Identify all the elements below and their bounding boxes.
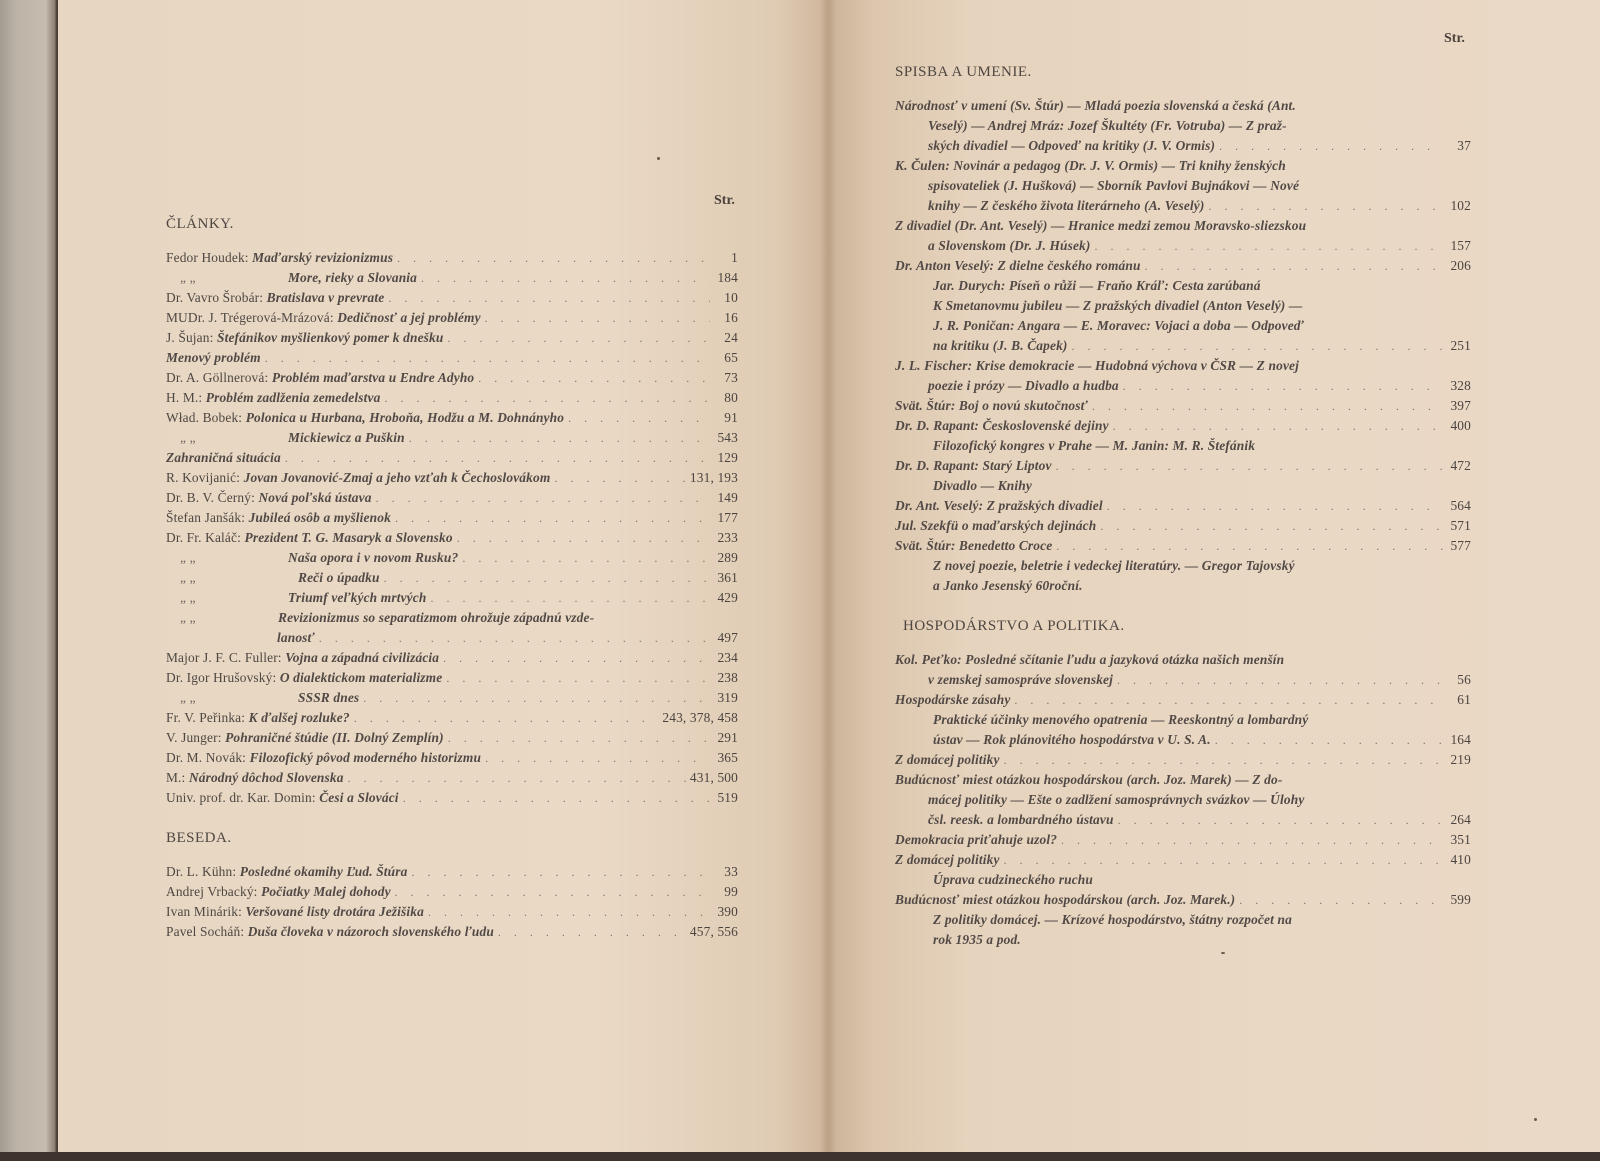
toc-line: „ „SSSR dnes319 xyxy=(166,688,738,708)
page-number: 390 xyxy=(714,902,738,922)
entry-author: Dr. Igor Hrušovský: xyxy=(166,670,276,685)
entry-author: Major J. F. C. Fuller: xyxy=(166,650,282,665)
toc-entry: Praktické účinky menového opatrenia — Re… xyxy=(895,710,1471,750)
entry-text: Dr. B. V. Černý: Nová poľská ústava xyxy=(166,488,372,508)
entry-text: „ „Naša opora i v novom Rusku? xyxy=(166,548,458,568)
entry-text: „ „More, rieky a Slovania xyxy=(166,268,417,288)
entry-title: Naša opora i v novom Rusku? xyxy=(288,550,458,565)
entry-title: Duša človeka v názoroch slovenského ľudu xyxy=(248,924,494,939)
entry-text: R. Kovijanić: Jovan Jovanović-Zmaj a jeh… xyxy=(166,468,550,488)
entry-title: Problém maďarstva u Endre Adyho xyxy=(272,370,474,385)
entry-text: knihy — Z českého života literárneho (A.… xyxy=(928,196,1204,216)
toc-entry: Fr. V. Peřinka: K ďalšej rozluke?243, 37… xyxy=(166,708,738,728)
toc-entry: Pavel Socháň: Duša človeka v názoroch sl… xyxy=(166,922,738,942)
toc-line: „ „Triumf veľkých mrtvých429 xyxy=(166,588,738,608)
toc-entry: Dr. A. Göllnerová: Problém maďarstva u E… xyxy=(166,368,738,388)
entry-text: Univ. prof. dr. Kar. Domin: Česi a Slová… xyxy=(166,788,399,808)
entry-text: a Janko Jesenský 60roční. xyxy=(933,576,1083,596)
entry-text: MUDr. J. Trégerová-Mrázová: Dedičnosť a … xyxy=(166,308,481,328)
page-number: 16 xyxy=(714,308,738,328)
entry-author: Dr. B. V. Černý: xyxy=(166,490,255,505)
toc-line: Filozofický kongres v Prahe — M. Janin: … xyxy=(895,436,1471,456)
ditto-mark: „ „ xyxy=(180,548,225,568)
toc-line: M.: Národný dôchod Slovenska431, 500 xyxy=(166,768,738,788)
toc-entry: Z novej poezie, beletrie i vedeckej lite… xyxy=(895,556,1471,596)
page-number: 1 xyxy=(714,248,738,268)
toc-line: Demokracia priťahuje uzol?351 xyxy=(895,830,1471,850)
entry-text: „ „SSSR dnes xyxy=(166,688,359,708)
entry-text: K. Čulen: Novinár a pedagog (Dr. J. V. O… xyxy=(895,156,1286,176)
page-number: 238 xyxy=(714,668,738,688)
toc-entry: Svät. Štúr: Benedetto Croce577 xyxy=(895,536,1471,556)
toc-line: Jar. Durych: Píseň o růži — Fraňo Kráľ: … xyxy=(895,276,1471,296)
toc-entry: Úprava cudzineckého ruchu xyxy=(895,870,1471,890)
dot-leader xyxy=(1061,830,1443,850)
toc-line: Svät. Štúr: Boj o novú skutočnosť397 xyxy=(895,396,1471,416)
toc-entry: „ „Naša opora i v novom Rusku?289 xyxy=(166,548,738,568)
toc-entry: Štefan Janšák: Jubileá osôb a myšlienok1… xyxy=(166,508,738,528)
dot-leader xyxy=(1208,196,1443,216)
entry-author: MUDr. J. Trégerová-Mrázová: xyxy=(166,310,334,325)
entry-text: ských divadiel — Odpoveď na kritiky (J. … xyxy=(928,136,1215,156)
toc-line: Dr. L. Kühn: Posledné okamihy Ľud. Štúra… xyxy=(166,862,738,882)
entry-title: Jovan Jovanović-Zmaj a jeho vzťah k Čech… xyxy=(244,470,551,485)
dot-leader xyxy=(319,628,710,648)
page-number: 157 xyxy=(1447,236,1471,256)
entry-title: Česi a Slováci xyxy=(319,790,398,805)
toc-line: Ivan Minárik: Veršované listy drotára Je… xyxy=(166,902,738,922)
dot-leader xyxy=(388,288,710,308)
toc-line: K. Čulen: Novinár a pedagog (Dr. J. V. O… xyxy=(895,156,1471,176)
dot-leader xyxy=(1014,690,1443,710)
section-title: HOSPODÁRSTVO A POLITIKA. xyxy=(903,616,1471,636)
paper-speck xyxy=(1221,952,1225,954)
dot-leader xyxy=(363,688,710,708)
dot-leader xyxy=(428,902,710,922)
entry-text: Svät. Štúr: Boj o novú skutočnosť xyxy=(895,396,1088,416)
dot-leader xyxy=(1100,516,1443,536)
dot-leader xyxy=(568,408,710,428)
page-number: 99 xyxy=(714,882,738,902)
dot-leader xyxy=(397,248,710,268)
page-number: 131, 193 xyxy=(690,468,738,488)
entry-text: Dr. Vavro Šrobár: Bratislava v prevrate xyxy=(166,288,384,308)
dot-leader xyxy=(1095,236,1443,256)
toc-line: Zahraničná situácia129 xyxy=(166,448,738,468)
page-number: 472 xyxy=(1447,456,1471,476)
page-number: 219 xyxy=(1447,750,1471,770)
entry-text: H. M.: Problém zadlženia zemedelstva xyxy=(166,388,380,408)
toc-line: Z domácej politiky410 xyxy=(895,850,1471,870)
entry-text: J. Šujan: Štefánikov myšlienkový pomer k… xyxy=(166,328,443,348)
page-number: 361 xyxy=(714,568,738,588)
toc-line: v zemskej samospráve slovenskej56 xyxy=(895,670,1471,690)
entry-text: Dr. Fr. Kaláč: Prezident T. G. Masaryk a… xyxy=(166,528,453,548)
page-number: 410 xyxy=(1447,850,1471,870)
entry-title: Problém zadlženia zemedelstva xyxy=(206,390,381,405)
dot-leader xyxy=(1145,256,1443,276)
entry-text: Národnosť v umení (Sv. Štúr) — Mladá poe… xyxy=(895,96,1296,116)
toc-entry: Dr. Igor Hrušovský: O dialektickom mater… xyxy=(166,668,738,688)
ditto-mark: „ „ xyxy=(180,428,225,448)
toc-line: lanosť497 xyxy=(166,628,738,648)
toc-entry: Ivan Minárik: Veršované listy drotára Je… xyxy=(166,902,738,922)
page-number: 291 xyxy=(714,728,738,748)
entry-text: „ „Reči o úpadku xyxy=(166,568,380,588)
toc-line: MUDr. J. Trégerová-Mrázová: Dedičnosť a … xyxy=(166,308,738,328)
toc-line: Dr. Anton Veselý: Z dielne českého román… xyxy=(895,256,1471,276)
page-number: 164 xyxy=(1447,730,1471,750)
toc-line: V. Junger: Pohraničné štúdie (II. Dolný … xyxy=(166,728,738,748)
toc-line: Dr. Igor Hrušovský: O dialektickom mater… xyxy=(166,668,738,688)
entry-author: Ivan Minárik: xyxy=(166,904,242,919)
entry-title: Veršované listy drotára Ježišika xyxy=(245,904,424,919)
toc-entry: Dr. D. Rapant: Starý Liptov472 xyxy=(895,456,1471,476)
entry-text: Budúcnosť miest otázkou hospodárskou (ar… xyxy=(895,890,1235,910)
page-number: 429 xyxy=(714,588,738,608)
toc-entry: „ „Triumf veľkých mrtvých429 xyxy=(166,588,738,608)
toc-entry: Budúcnosť miest otázkou hospodárskou (ar… xyxy=(895,770,1471,830)
page-number: 234 xyxy=(714,648,738,668)
entry-text: M.: Národný dôchod Slovenska xyxy=(166,768,344,788)
entry-text: Kol. Peťko: Posledné sčítanie ľudu a jaz… xyxy=(895,650,1284,670)
bottom-edge xyxy=(0,1152,1600,1161)
page-number: 65 xyxy=(714,348,738,368)
entry-title: Vojna a západná civilizácia xyxy=(285,650,439,665)
dot-leader xyxy=(485,308,710,328)
toc-line: Dr. M. Novák: Filozofický pôvod modernéh… xyxy=(166,748,738,768)
dot-leader xyxy=(285,448,710,468)
toc-line: Major J. F. C. Fuller: Vojna a západná c… xyxy=(166,648,738,668)
toc-entry: „ „SSSR dnes319 xyxy=(166,688,738,708)
entry-title: Filozofický pôvod moderného historizmu xyxy=(250,750,482,765)
entry-text: Jar. Durych: Píseň o růži — Fraňo Kráľ: … xyxy=(933,276,1261,296)
ditto-mark: „ „ xyxy=(180,688,225,708)
dot-leader xyxy=(409,428,710,448)
toc-entry: Dr. Anton Veselý: Z dielne českého román… xyxy=(895,256,1471,276)
dot-leader xyxy=(443,648,710,668)
dot-leader xyxy=(447,328,710,348)
toc-entry: Divadlo — Knihy xyxy=(895,476,1471,496)
toc-entry: Major J. F. C. Fuller: Vojna a západná c… xyxy=(166,648,738,668)
entry-text: Budúcnosť miest otázkou hospodárskou (ar… xyxy=(895,770,1282,790)
dot-leader xyxy=(354,708,659,728)
entry-text: Demokracia priťahuje uzol? xyxy=(895,830,1057,850)
toc-line: Hospodárske zásahy61 xyxy=(895,690,1471,710)
toc-line: J. L. Fischer: Krise demokracie — Hudobn… xyxy=(895,356,1471,376)
entry-title: O dialektickom materializme xyxy=(280,670,443,685)
dot-leader xyxy=(384,568,710,588)
toc-entry: Andrej Vrbacký: Počiatky Malej dohody99 xyxy=(166,882,738,902)
toc-line: Dr. Ant. Veselý: Z pražských divadiel564 xyxy=(895,496,1471,516)
toc-entry: Demokracia priťahuje uzol?351 xyxy=(895,830,1471,850)
entry-title: Počiatky Malej dohody xyxy=(261,884,391,899)
toc-line: Dr. D. Rapant: Starý Liptov472 xyxy=(895,456,1471,476)
page-number: 400 xyxy=(1447,416,1471,436)
dot-leader xyxy=(376,488,710,508)
toc-entry: Dr. L. Kühn: Posledné okamihy Ľud. Štúra… xyxy=(166,862,738,882)
toc-entry: Filozofický kongres v Prahe — M. Janin: … xyxy=(895,436,1471,456)
dot-leader xyxy=(478,368,710,388)
toc-line: „ „Naša opora i v novom Rusku?289 xyxy=(166,548,738,568)
page-number: 328 xyxy=(1447,376,1471,396)
dot-leader xyxy=(411,862,710,882)
toc-entry: Menový problém65 xyxy=(166,348,738,368)
page-number: 73 xyxy=(714,368,738,388)
page-number: 564 xyxy=(1447,496,1471,516)
dot-leader xyxy=(1219,136,1443,156)
entry-text: v zemskej samospráve slovenskej xyxy=(928,670,1113,690)
entry-text: Dr. A. Göllnerová: Problém maďarstva u E… xyxy=(166,368,474,388)
entry-text: V. Junger: Pohraničné štúdie (II. Dolný … xyxy=(166,728,444,748)
entry-text: na kritiku (J. B. Čapek) xyxy=(933,336,1068,356)
toc-line: Kol. Peťko: Posledné sčítanie ľudu a jaz… xyxy=(895,650,1471,670)
entry-title: Zahraničná situácia xyxy=(166,450,281,465)
page-number: 10 xyxy=(714,288,738,308)
entry-author: Dr. M. Novák: xyxy=(166,750,246,765)
page-number: 351 xyxy=(1447,830,1471,850)
entry-text: Ivan Minárik: Veršované listy drotára Je… xyxy=(166,902,424,922)
entry-author: V. Junger: xyxy=(166,730,222,745)
page-number: 365 xyxy=(714,748,738,768)
page-number: 397 xyxy=(1447,396,1471,416)
page-number: 497 xyxy=(714,628,738,648)
toc-entry: Dr. M. Novák: Filozofický pôvod modernéh… xyxy=(166,748,738,768)
entry-author: J. Šujan: xyxy=(166,330,213,345)
toc-line: Fedor Houdek: Maďarský revizionizmus1 xyxy=(166,248,738,268)
page-number: 184 xyxy=(714,268,738,288)
page-number: 177 xyxy=(714,508,738,528)
dot-leader xyxy=(1056,536,1443,556)
toc-entry: Fedor Houdek: Maďarský revizionizmus1 xyxy=(166,248,738,268)
entry-title: SSSR dnes xyxy=(298,690,359,705)
entry-title: Jubileá osôb a myšlienok xyxy=(249,510,391,525)
ditto-mark: „ „ xyxy=(180,568,225,588)
toc-entry: Jul. Szekfü o maďarských dejinách571 xyxy=(895,516,1471,536)
toc-line: čsl. reesk. a lombardného ústavu264 xyxy=(895,810,1471,830)
toc-line: rok 1935 a pod. xyxy=(895,930,1471,950)
entry-text: Andrej Vrbacký: Počiatky Malej dohody xyxy=(166,882,391,902)
dot-leader xyxy=(421,268,710,288)
entry-text: Z novej poezie, beletrie i vedeckej lite… xyxy=(933,556,1295,576)
page-number: 37 xyxy=(1447,136,1471,156)
section-spacer xyxy=(166,808,738,828)
toc-line: Budúcnosť miest otázkou hospodárskou (ar… xyxy=(895,890,1471,910)
toc-line: J. Šujan: Štefánikov myšlienkový pomer k… xyxy=(166,328,738,348)
ditto-mark: „ „ xyxy=(180,608,225,628)
dot-leader xyxy=(395,882,710,902)
toc-line: „ „Reči o úpadku361 xyxy=(166,568,738,588)
entry-text: Svät. Štúr: Benedetto Croce xyxy=(895,536,1052,556)
entry-title: Prezident T. G. Masaryk a Slovensko xyxy=(245,530,453,545)
entry-title: Štefánikov myšlienkový pomer k dnešku xyxy=(217,330,443,345)
entry-title: Pohraničné štúdie (II. Dolný Zemplín) xyxy=(225,730,444,745)
section-title: ČLÁNKY. xyxy=(166,214,738,234)
entry-text: Menový problém xyxy=(166,348,261,368)
toc-entry: Dr. Fr. Kaláč: Prezident T. G. Masaryk a… xyxy=(166,528,738,548)
entry-title: Polonica u Hurbana, Hroboňa, Hodžu a M. … xyxy=(246,410,564,425)
toc-line: Veselý) — Andrej Mráz: Jozef Škultéty (F… xyxy=(895,116,1471,136)
toc-entry: Univ. prof. dr. Kar. Domin: Česi a Slová… xyxy=(166,788,738,808)
entry-text: spisovateliek (J. Hušková) — Sborník Pav… xyxy=(928,176,1299,196)
entry-text: Praktické účinky menového opatrenia — Re… xyxy=(933,710,1308,730)
entry-author: Dr. L. Kühn: xyxy=(166,864,236,879)
toc-line: Z domácej politiky219 xyxy=(895,750,1471,770)
entry-title: Národný dôchod Slovenska xyxy=(189,770,344,785)
toc-line: Z novej poezie, beletrie i vedeckej lite… xyxy=(895,556,1471,576)
entry-title: Mickiewicz a Puškin xyxy=(288,430,405,445)
toc-line: Andrej Vrbacký: Počiatky Malej dohody99 xyxy=(166,882,738,902)
section-title: SPISBA A UMENIE. xyxy=(895,62,1471,82)
entry-title: Menový problém xyxy=(166,350,261,365)
dot-leader xyxy=(498,922,686,942)
page-number: 599 xyxy=(1447,890,1471,910)
entry-title: Maďarský revizionizmus xyxy=(252,250,393,265)
entry-author: Pavel Socháň: xyxy=(166,924,244,939)
section-spacer xyxy=(895,596,1471,616)
entry-text: Veselý) — Andrej Mráz: Jozef Škultéty (F… xyxy=(928,116,1287,136)
entry-text: ústav — Rok plánovitého hospodárstva v U… xyxy=(933,730,1211,750)
page-number: 102 xyxy=(1447,196,1471,216)
toc-entry: Svät. Štúr: Boj o novú skutočnosť397 xyxy=(895,396,1471,416)
entry-text: poezie i prózy — Divadlo a hudba xyxy=(928,376,1119,396)
right-toc-column: SPISBA A UMENIE.Národnosť v umení (Sv. Š… xyxy=(895,62,1471,950)
toc-line: Fr. V. Peřinka: K ďalšej rozluke?243, 37… xyxy=(166,708,738,728)
left-toc-column: ČLÁNKY.Fedor Houdek: Maďarský revizioniz… xyxy=(166,214,738,942)
dot-leader xyxy=(1118,810,1443,830)
toc-line: Svät. Štúr: Benedetto Croce577 xyxy=(895,536,1471,556)
entry-title: Bratislava v prevrate xyxy=(267,290,385,305)
dot-leader xyxy=(1056,456,1443,476)
entry-author: Dr. Vavro Šrobár: xyxy=(166,290,263,305)
entry-text: „ „Triumf veľkých mrtvých xyxy=(166,588,426,608)
toc-line: ústav — Rok plánovitého hospodárstva v U… xyxy=(895,730,1471,750)
entry-author: H. M.: xyxy=(166,390,202,405)
entry-text: Dr. Anton Veselý: Z dielne českého román… xyxy=(895,256,1141,276)
entry-text: „ „Revizionizmus so separatizmom ohrožuj… xyxy=(166,608,594,628)
dot-leader xyxy=(348,768,686,788)
toc-entry: Dr. Vavro Šrobár: Bratislava v prevrate1… xyxy=(166,288,738,308)
entry-author: Dr. Fr. Kaláč: xyxy=(166,530,241,545)
entry-author: Andrej Vrbacký: xyxy=(166,884,258,899)
toc-line: Wład. Bobek: Polonica u Hurbana, Hroboňa… xyxy=(166,408,738,428)
entry-text: Filozofický kongres v Prahe — M. Janin: … xyxy=(933,436,1255,456)
toc-entry: V. Junger: Pohraničné štúdie (II. Dolný … xyxy=(166,728,738,748)
dot-leader xyxy=(1004,850,1443,870)
toc-line: „ „More, rieky a Slovania184 xyxy=(166,268,738,288)
entry-title: Triumf veľkých mrtvých xyxy=(288,590,426,605)
dot-leader xyxy=(1107,496,1443,516)
entry-text: J. R. Poničan: Angara — E. Moravec: Voja… xyxy=(933,316,1304,336)
entry-text: K Smetanovmu jubileu — Z pražských divad… xyxy=(933,296,1302,316)
toc-entry: „ „Revizionizmus so separatizmom ohrožuj… xyxy=(166,608,738,648)
entry-text: Dr. D. Rapant: Československé dejiny xyxy=(895,416,1109,436)
dot-leader xyxy=(462,548,710,568)
page-number: 129 xyxy=(714,448,738,468)
toc-entry: Z politiky domácej. — Krízové hospodárst… xyxy=(895,910,1471,950)
toc-entry: R. Kovijanić: Jovan Jovanović-Zmaj a jeh… xyxy=(166,468,738,488)
toc-line: Z politiky domácej. — Krízové hospodárst… xyxy=(895,910,1471,930)
entry-title: Dedičnosť a jej problémy xyxy=(337,310,480,325)
section-title: BESEDA. xyxy=(166,828,738,848)
toc-line: Štefan Janšák: Jubileá osôb a myšlienok1… xyxy=(166,508,738,528)
entry-text: Zahraničná situácia xyxy=(166,448,281,468)
toc-line: Praktické účinky menového opatrenia — Re… xyxy=(895,710,1471,730)
entry-title-cont: lanosť xyxy=(277,628,315,648)
page-number: 251 xyxy=(1447,336,1471,356)
toc-entry: Zahraničná situácia129 xyxy=(166,448,738,468)
dot-leader xyxy=(395,508,710,528)
entry-text: Divadlo — Knihy xyxy=(933,476,1032,496)
entry-text: Dr. L. Kühn: Posledné okamihy Ľud. Štúra xyxy=(166,862,407,882)
page-number: 319 xyxy=(714,688,738,708)
page-number: 61 xyxy=(1447,690,1471,710)
entry-text: Z domácej politiky xyxy=(895,750,1000,770)
toc-line: Budúcnosť miest otázkou hospodárskou (ar… xyxy=(895,770,1471,790)
dot-leader xyxy=(448,728,710,748)
toc-entry: Národnosť v umení (Sv. Štúr) — Mladá poe… xyxy=(895,96,1471,156)
page-column-header: Str. xyxy=(714,193,735,209)
toc-entry: Z domácej politiky219 xyxy=(895,750,1471,770)
page-number: 543 xyxy=(714,428,738,448)
toc-entry: Jar. Durych: Píseň o růži — Fraňo Kráľ: … xyxy=(895,276,1471,296)
page-number: 80 xyxy=(714,388,738,408)
toc-entry: Budúcnosť miest otázkou hospodárskou (ar… xyxy=(895,890,1471,910)
entry-text: J. L. Fischer: Krise demokracie — Hudobn… xyxy=(895,356,1299,376)
toc-line: Úprava cudzineckého ruchu xyxy=(895,870,1471,890)
paper-speck xyxy=(1534,1118,1537,1121)
entry-title: Nová poľská ústava xyxy=(258,490,371,505)
ditto-mark: „ „ xyxy=(180,588,225,608)
dot-leader xyxy=(446,668,710,688)
entry-title: Posledné okamihy Ľud. Štúra xyxy=(240,864,408,879)
toc-entry: Dr. Ant. Veselý: Z pražských divadiel564 xyxy=(895,496,1471,516)
entry-text: Štefan Janšák: Jubileá osôb a myšlienok xyxy=(166,508,391,528)
entry-title: More, rieky a Slovania xyxy=(288,270,417,285)
ditto-mark: „ „ xyxy=(180,268,225,288)
page-number: 233 xyxy=(714,528,738,548)
entry-text: Z domácej politiky xyxy=(895,850,1000,870)
toc-line: Pavel Socháň: Duša človeka v názoroch sl… xyxy=(166,922,738,942)
entry-text: Pavel Socháň: Duša človeka v názoroch sl… xyxy=(166,922,494,942)
entry-text: Fedor Houdek: Maďarský revizionizmus xyxy=(166,248,393,268)
book-gutter xyxy=(820,0,836,1152)
entry-text: mácej politiky — Ešte o zadlžení samospr… xyxy=(928,790,1304,810)
dot-leader xyxy=(1239,890,1443,910)
toc-line: H. M.: Problém zadlženia zemedelstva80 xyxy=(166,388,738,408)
dot-leader xyxy=(403,788,710,808)
entry-author: Fr. V. Peřinka: xyxy=(166,710,245,725)
scanner-edge xyxy=(0,0,57,1161)
toc-line: Dr. B. V. Černý: Nová poľská ústava149 xyxy=(166,488,738,508)
dot-leader xyxy=(1123,376,1443,396)
toc-line: Dr. A. Göllnerová: Problém maďarstva u E… xyxy=(166,368,738,388)
toc-line: ských divadiel — Odpoveď na kritiky (J. … xyxy=(895,136,1471,156)
toc-line: spisovateliek (J. Hušková) — Sborník Pav… xyxy=(895,176,1471,196)
toc-entry: M.: Národný dôchod Slovenska431, 500 xyxy=(166,768,738,788)
dot-leader xyxy=(1072,336,1443,356)
entry-author: Štefan Janšák: xyxy=(166,510,245,525)
page-column-header: Str. xyxy=(1444,31,1465,47)
toc-line: a Janko Jesenský 60roční. xyxy=(895,576,1471,596)
page-number: 243, 378, 458 xyxy=(662,708,738,728)
entry-text: „ „Mickiewicz a Puškin xyxy=(166,428,405,448)
toc-line: „ „Revizionizmus so separatizmom ohrožuj… xyxy=(166,608,738,628)
toc-entry: K Smetanovmu jubileu — Z pražských divad… xyxy=(895,296,1471,356)
toc-line: K Smetanovmu jubileu — Z pražských divad… xyxy=(895,296,1471,316)
page-number: 289 xyxy=(714,548,738,568)
entry-text: čsl. reesk. a lombardného ústavu xyxy=(928,810,1114,830)
